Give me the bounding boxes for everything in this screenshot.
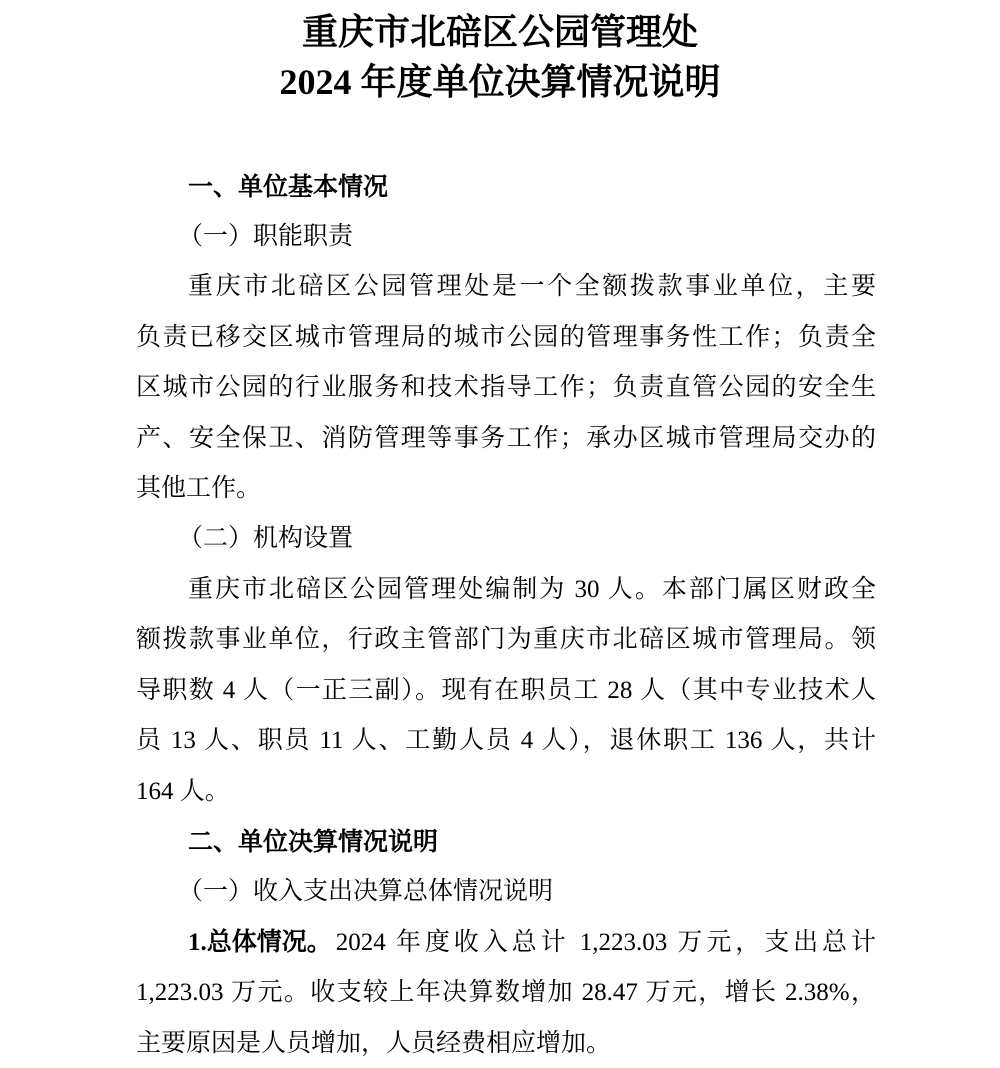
paragraph-line: 产、安全保卫、消防管理等事务工作；承办区城市管理局交办的 bbox=[136, 424, 876, 454]
paragraph-line: 重庆市北碚区公园管理处是一个全额拨款事业单位，主要 bbox=[188, 272, 876, 302]
paragraph-line: 重庆市北碚区公园管理处编制为 30 人。本部门属区财政全 bbox=[188, 575, 876, 605]
overall-label: 1.总体情况。 bbox=[188, 928, 332, 958]
subsection-heading-income-expenditure: （一）收入支出决算总体情况说明 bbox=[178, 877, 553, 907]
paragraph-line: 负责已移交区城市管理局的城市公园的管理事务性工作；负责全 bbox=[136, 323, 876, 353]
subsection-heading-organization: （二）机构设置 bbox=[178, 524, 353, 554]
paragraph-line-overall: 1.总体情况。 2024 年度收入总计 1,223.03 万元，支出总计 bbox=[188, 928, 876, 958]
document-title-line-1: 重庆市北碚区公园管理处 bbox=[0, 12, 1000, 52]
paragraph-line: 额拨款事业单位，行政主管部门为重庆市北碚区城市管理局。领 bbox=[136, 625, 876, 655]
section-heading-final-accounts: 二、单位决算情况说明 bbox=[188, 827, 438, 857]
section-heading-basic-info: 一、单位基本情况 bbox=[188, 172, 388, 202]
paragraph-line: 1,223.03 万元。收支较上年决算数增加 28.47 万元，增长 2.38%… bbox=[136, 978, 876, 1008]
overall-text: 2024 年度收入总计 1,223.03 万元，支出总计 bbox=[332, 928, 876, 958]
document-title-line-2: 2024 年度单位决算情况说明 bbox=[0, 62, 1000, 102]
subsection-heading-duties: （一）职能职责 bbox=[178, 222, 353, 252]
paragraph-line: 其他工作。 bbox=[136, 474, 876, 504]
paragraph-line: 主要原因是人员增加，人员经费相应增加。 bbox=[136, 1029, 876, 1059]
paragraph-line: 员 13 人、职员 11 人、工勤人员 4 人），退休职工 136 人，共计 bbox=[136, 726, 876, 756]
paragraph-line: 区城市公园的行业服务和技术指导工作；负责直管公园的安全生 bbox=[136, 373, 876, 403]
document-page: 重庆市北碚区公园管理处 2024 年度单位决算情况说明 一、单位基本情况 （一）… bbox=[0, 0, 1000, 1068]
paragraph-line: 164 人。 bbox=[136, 777, 876, 807]
paragraph-line: 导职数 4 人（一正三副）。现有在职员工 28 人（其中专业技术人 bbox=[136, 676, 876, 706]
